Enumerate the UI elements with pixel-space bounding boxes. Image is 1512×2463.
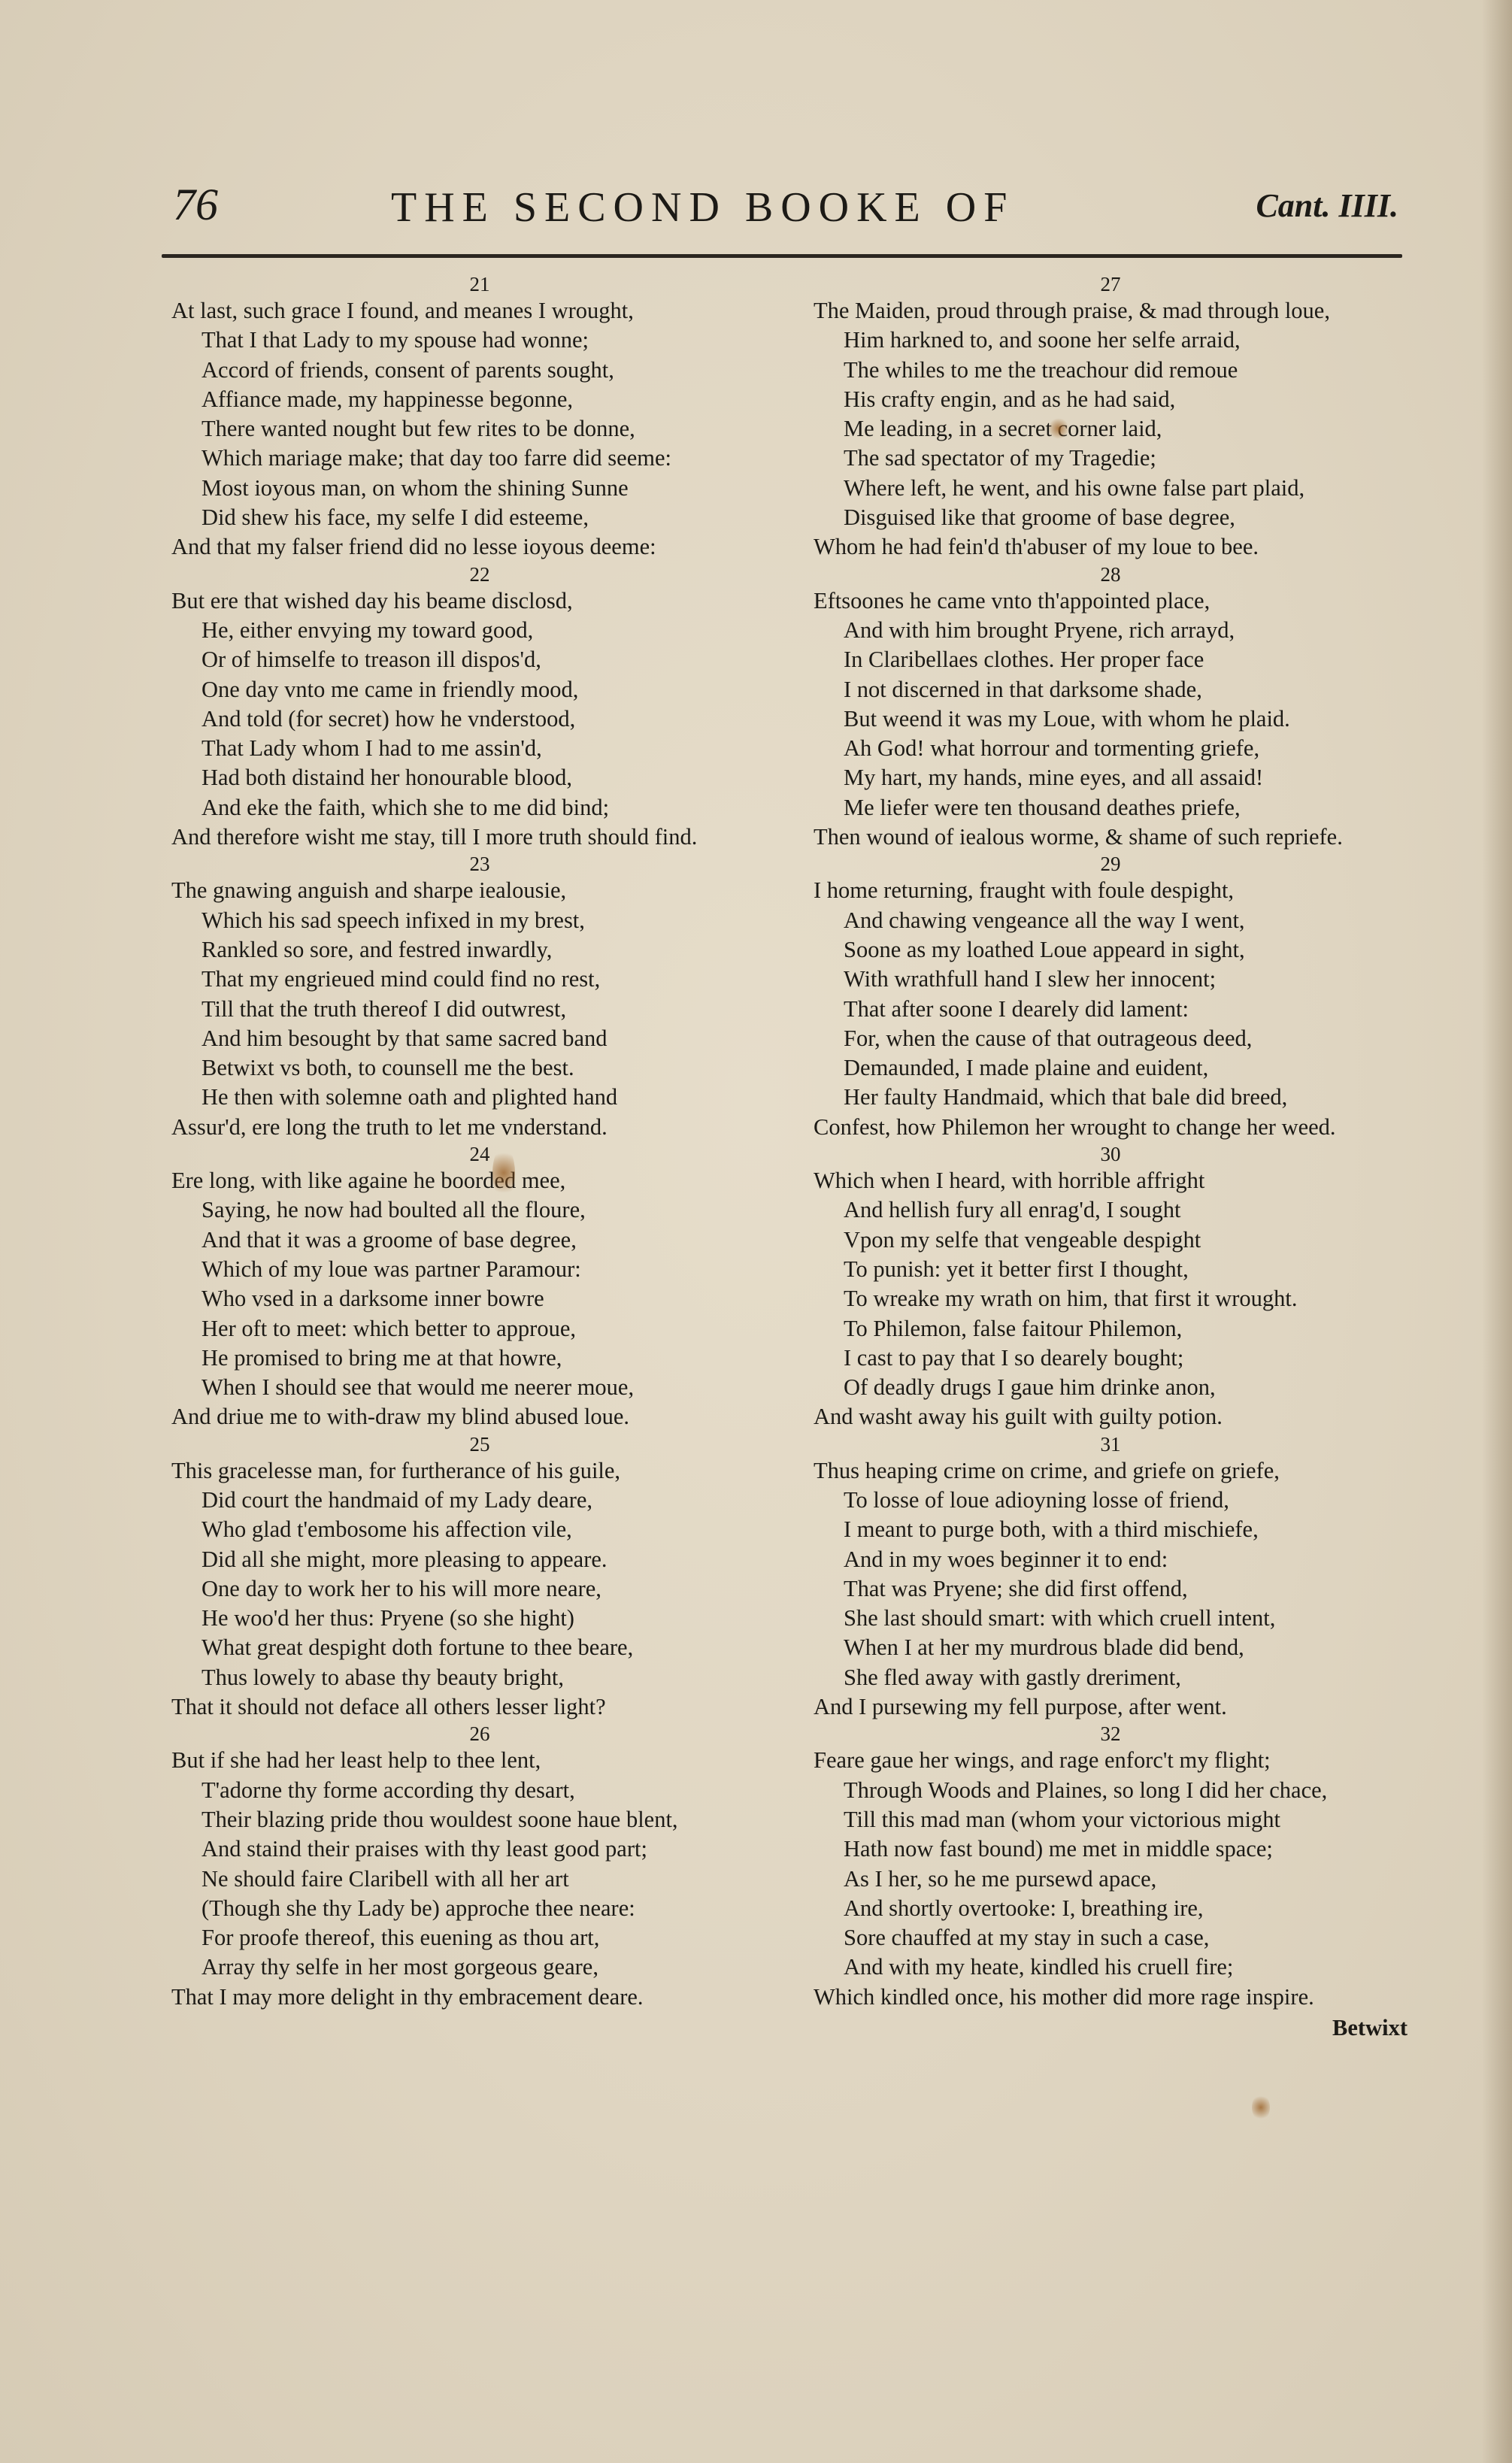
stanza: 31Thus heaping crime on crime, and grief… — [814, 1432, 1407, 1722]
page-header: 76 THE SECOND BOOKE OF Cant. IIII. — [173, 179, 1398, 232]
verse-line: That was Pryene; she did first offend, — [814, 1574, 1407, 1604]
verse-line: Hath now fast bound) me met in middle sp… — [814, 1834, 1407, 1864]
catchword: Betwixt — [814, 2013, 1407, 2043]
verse-line: She fled away with gastly dreriment, — [814, 1663, 1407, 1692]
verse-line: Accord of friends, consent of parents so… — [171, 356, 788, 385]
verse-line: I home returning, fraught with foule des… — [814, 876, 1407, 905]
stanza: 32Feare gaue her wings, and rage enforc'… — [814, 1722, 1407, 2012]
running-title: THE SECOND BOOKE OF — [391, 183, 1014, 232]
verse-line: Him harkned to, and soone her selfe arra… — [814, 326, 1407, 355]
page-edge-shadow — [1482, 0, 1512, 2463]
stanza: 21At last, such grace I found, and meane… — [171, 272, 788, 562]
verse-line: He woo'd her thus: Pryene (so she hight) — [171, 1604, 788, 1633]
verse-line: And that it was a groome of base degree, — [171, 1225, 788, 1255]
foxing-stain — [492, 1147, 515, 1199]
header-rule — [162, 254, 1402, 258]
verse-line: Which of my loue was partner Paramour: — [171, 1255, 788, 1284]
verse-line: She last should smart: with which cruell… — [814, 1604, 1407, 1633]
verse-line: I meant to purge both, with a third misc… — [814, 1515, 1407, 1544]
stanza: 26But if she had her least help to thee … — [171, 1722, 788, 2012]
stanza-number: 26 — [171, 1722, 788, 1746]
verse-line: And washt away his guilt with guilty pot… — [814, 1402, 1407, 1431]
page-number: 76 — [173, 179, 218, 231]
verse-line: Me leading, in a secret corner laid, — [814, 414, 1407, 444]
stanza: 28Eftsoones he came vnto th'appointed pl… — [814, 562, 1407, 853]
verse-line: Did shew his face, my selfe I did esteem… — [171, 503, 788, 532]
stanza-number: 25 — [171, 1432, 788, 1456]
verse-line: Whom he had fein'd th'abuser of my loue … — [814, 532, 1407, 562]
verse-line: Through Woods and Plaines, so long I did… — [814, 1776, 1407, 1805]
verse-line: Had both distaind her honourable blood, — [171, 763, 788, 792]
verse-line: At last, such grace I found, and meanes … — [171, 296, 788, 326]
verse-line: Affiance made, my happinesse begonne, — [171, 385, 788, 414]
verse-line: Which his sad speech infixed in my brest… — [171, 906, 788, 935]
stanza-number: 29 — [814, 852, 1407, 876]
verse-line: And therefore wisht me stay, till I more… — [171, 823, 788, 852]
stanza-number: 30 — [814, 1142, 1407, 1166]
verse-line: Betwixt vs both, to counsell me the best… — [171, 1053, 788, 1083]
verse-line: Thus lowely to abase thy beauty bright, — [171, 1663, 788, 1692]
verse-line: Did all she might, more pleasing to appe… — [171, 1545, 788, 1574]
verse-line: Sore chauffed at my stay in such a case, — [814, 1923, 1407, 1953]
verse-line: Demaunded, I made plaine and euident, — [814, 1053, 1407, 1083]
stanza: 23The gnawing anguish and sharpe iealous… — [171, 852, 788, 1142]
verse-line: And with my heate, kindled his cruell fi… — [814, 1953, 1407, 1982]
verse-line: And with him brought Pryene, rich arrayd… — [814, 616, 1407, 645]
verse-line: Which kindled once, his mother did more … — [814, 1983, 1407, 2012]
verse-line: Ne should faire Claribell with all her a… — [171, 1865, 788, 1894]
verse-line: That Lady whom I had to me assin'd, — [171, 734, 788, 763]
verse-line: Then wound of iealous worme, & shame of … — [814, 823, 1407, 852]
verse-line: Of deadly drugs I gaue him drinke anon, — [814, 1373, 1407, 1402]
verse-line: Rankled so sore, and festred inwardly, — [171, 935, 788, 965]
verse-line: Did court the handmaid of my Lady deare, — [171, 1486, 788, 1515]
verse-line: And chawing vengeance all the way I went… — [814, 906, 1407, 935]
verse-line: Me liefer were ten thousand deathes prie… — [814, 793, 1407, 823]
verse-line: Array thy selfe in her most gorgeous gea… — [171, 1953, 788, 1982]
stanza: 25This gracelesse man, for furtherance o… — [171, 1432, 788, 1722]
verse-line: That my engrieued mind could find no res… — [171, 965, 788, 994]
verse-line: When I should see that would me neerer m… — [171, 1373, 788, 1402]
verse-line: Ah God! what horrour and tormenting grie… — [814, 734, 1407, 763]
foxing-stain — [1049, 417, 1068, 440]
verse-line: As I her, so he me pursewd apace, — [814, 1865, 1407, 1894]
verse-line: One day to work her to his will more nea… — [171, 1574, 788, 1604]
book-page: 76 THE SECOND BOOKE OF Cant. IIII. 21At … — [0, 0, 1512, 2463]
verse-line: And eke the faith, which she to me did b… — [171, 793, 788, 823]
verse-line: Till this mad man (whom your victorious … — [814, 1805, 1407, 1834]
verse-line: And staind their praises with thy least … — [171, 1834, 788, 1864]
stanza-number: 23 — [171, 852, 788, 876]
verse-line: The whiles to me the treachour did remou… — [814, 356, 1407, 385]
verse-line: T'adorne thy forme according thy desart, — [171, 1776, 788, 1805]
verse-line: I cast to pay that I so dearely bought; — [814, 1344, 1407, 1373]
verse-line: Assur'd, ere long the truth to let me vn… — [171, 1113, 788, 1142]
stanza-number: 28 — [814, 562, 1407, 586]
verse-line: Eftsoones he came vnto th'appointed plac… — [814, 586, 1407, 616]
verse-line: That it should not deface all others les… — [171, 1692, 788, 1722]
verse-line: My hart, my hands, mine eyes, and all as… — [814, 763, 1407, 792]
foxing-stain — [1252, 2094, 1270, 2121]
verse-line: Which mariage make; that day too farre d… — [171, 444, 788, 473]
verse-line: And shortly overtooke: I, breathing ire, — [814, 1894, 1407, 1923]
verse-line: Saying, he now had boulted all the flour… — [171, 1195, 788, 1225]
stanza: 22But ere that wished day his beame disc… — [171, 562, 788, 853]
verse-line: Vpon my selfe that vengeable despight — [814, 1225, 1407, 1255]
verse-line: Who vsed in a darksome inner bowre — [171, 1284, 788, 1313]
verse-line: That I may more delight in thy embraceme… — [171, 1983, 788, 2012]
verse-line: To punish: yet it better first I thought… — [814, 1255, 1407, 1284]
verse-line: I not discerned in that darksome shade, — [814, 675, 1407, 704]
verse-line: Their blazing pride thou wouldest soone … — [171, 1805, 788, 1834]
stanza-number: 31 — [814, 1432, 1407, 1456]
stanza: 24Ere long, with like againe he boorded … — [171, 1142, 788, 1432]
stanza-number: 22 — [171, 562, 788, 586]
verse-line: Who glad t'embosome his affection vile, — [171, 1515, 788, 1544]
stanza-number: 21 — [171, 272, 788, 296]
stanza-number: 32 — [814, 1722, 1407, 1746]
left-column: 21At last, such grace I found, and meane… — [171, 272, 788, 2012]
verse-line: And driue me to with-draw my blind abuse… — [171, 1402, 788, 1431]
verse-line: The gnawing anguish and sharpe iealousie… — [171, 876, 788, 905]
stanza: 27The Maiden, proud through praise, & ma… — [814, 272, 1407, 562]
stanza: 29I home returning, fraught with foule d… — [814, 852, 1407, 1142]
verse-line: Where left, he went, and his owne false … — [814, 474, 1407, 503]
stanza-number: 24 — [171, 1142, 788, 1166]
verse-line: His crafty engin, and as he had said, — [814, 385, 1407, 414]
verse-line: But if she had her least help to thee le… — [171, 1746, 788, 1775]
verse-line: Soone as my loathed Loue appeard in sigh… — [814, 935, 1407, 965]
verse-line: This gracelesse man, for furtherance of … — [171, 1456, 788, 1486]
verse-line: For, when the cause of that outrageous d… — [814, 1024, 1407, 1053]
verse-line: What great despight doth fortune to thee… — [171, 1633, 788, 1662]
right-column: 27The Maiden, proud through praise, & ma… — [814, 272, 1407, 2043]
verse-line: He promised to bring me at that howre, — [171, 1344, 788, 1373]
verse-line: And him besought by that same sacred ban… — [171, 1024, 788, 1053]
verse-line: The sad spectator of my Tragedie; — [814, 444, 1407, 473]
verse-line: And told (for secret) how he vnderstood, — [171, 704, 788, 734]
verse-line: To wreake my wrath on him, that first it… — [814, 1284, 1407, 1313]
verse-line: That I that Lady to my spouse had wonne; — [171, 326, 788, 355]
verse-line: That after soone I dearely did lament: — [814, 995, 1407, 1024]
verse-line: Most ioyous man, on whom the shining Sun… — [171, 474, 788, 503]
verse-line: But weend it was my Loue, with whom he p… — [814, 704, 1407, 734]
verse-line: Or of himselfe to treason ill dispos'd, — [171, 645, 788, 674]
verse-line: With wrathfull hand I slew her innocent; — [814, 965, 1407, 994]
verse-line: Her oft to meet: which better to approue… — [171, 1314, 788, 1344]
verse-line: There wanted nought but few rites to be … — [171, 414, 788, 444]
verse-line: Disguised like that groome of base degre… — [814, 503, 1407, 532]
verse-line: Her faulty Handmaid, which that bale did… — [814, 1083, 1407, 1112]
verse-line: And hellish fury all enrag'd, I sought — [814, 1195, 1407, 1225]
verse-line: The Maiden, proud through praise, & mad … — [814, 296, 1407, 326]
verse-line: Confest, how Philemon her wrought to cha… — [814, 1113, 1407, 1142]
verse-line: Till that the truth thereof I did outwre… — [171, 995, 788, 1024]
verse-line: Ere long, with like againe he boorded me… — [171, 1166, 788, 1195]
verse-line: He, either envying my toward good, — [171, 616, 788, 645]
verse-line: In Claribellaes clothes. Her proper face — [814, 645, 1407, 674]
verse-line: But ere that wished day his beame disclo… — [171, 586, 788, 616]
verse-line: Feare gaue her wings, and rage enforc't … — [814, 1746, 1407, 1775]
verse-line: Thus heaping crime on crime, and griefe … — [814, 1456, 1407, 1486]
verse-line: For proofe thereof, this euening as thou… — [171, 1923, 788, 1953]
verse-line: One day vnto me came in friendly mood, — [171, 675, 788, 704]
canto-reference: Cant. IIII. — [1256, 186, 1398, 225]
stanza: 30Which when I heard, with horrible affr… — [814, 1142, 1407, 1432]
verse-line: And I pursewing my fell purpose, after w… — [814, 1692, 1407, 1722]
verse-line: When I at her my murdrous blade did bend… — [814, 1633, 1407, 1662]
verse-line: To losse of loue adioyning losse of frie… — [814, 1486, 1407, 1515]
stanza-number: 27 — [814, 272, 1407, 296]
verse-line: To Philemon, false faitour Philemon, — [814, 1314, 1407, 1344]
verse-line: He then with solemne oath and plighted h… — [171, 1083, 788, 1112]
verse-line: And that my falser friend did no lesse i… — [171, 532, 788, 562]
verse-line: (Though she thy Lady be) approche thee n… — [171, 1894, 788, 1923]
verse-line: Which when I heard, with horrible affrig… — [814, 1166, 1407, 1195]
verse-line: And in my woes beginner it to end: — [814, 1545, 1407, 1574]
